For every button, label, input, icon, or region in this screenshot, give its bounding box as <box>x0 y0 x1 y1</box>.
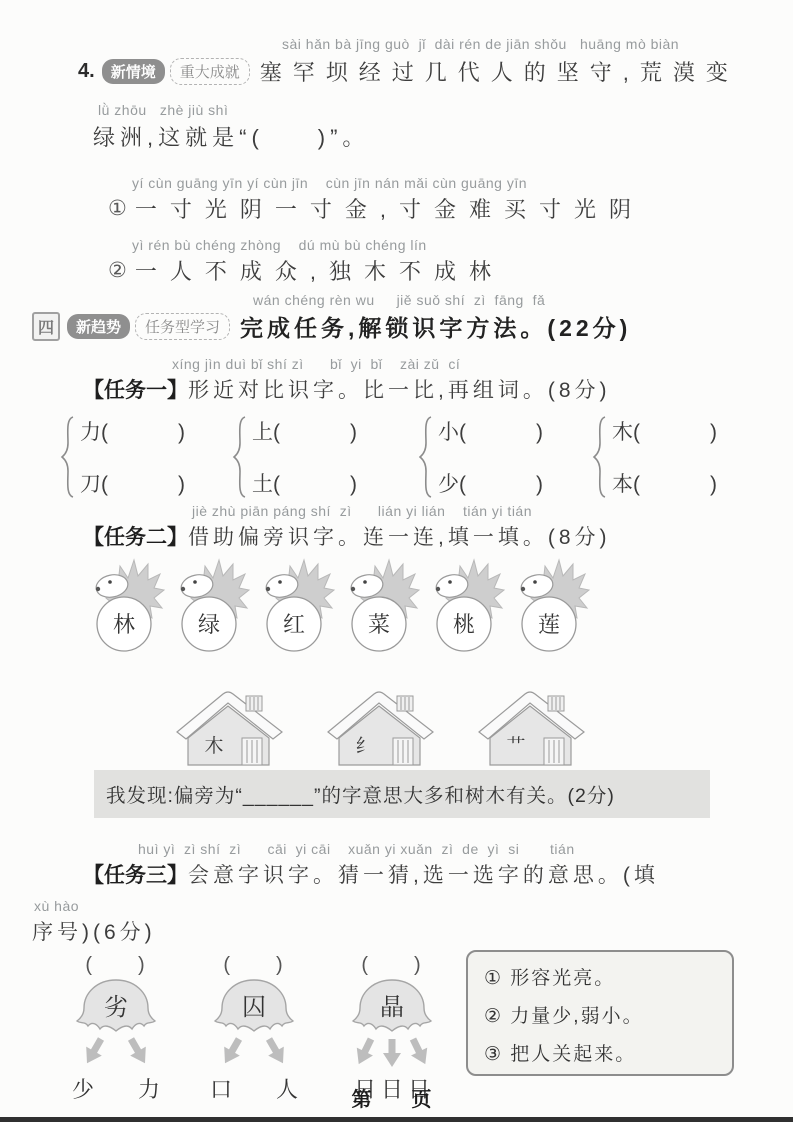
character-breakdown-group: ( ) 劣 少力 <box>60 948 172 1104</box>
choice-item: ① 形容光亮。 <box>484 960 732 998</box>
house-radical: 木 <box>204 735 223 757</box>
task-3-text-cont: 序号)(6分) <box>32 916 156 946</box>
hedgehog-icon[interactable]: 菜 <box>341 556 421 656</box>
answer-blank: ( ) <box>273 473 357 496</box>
task-1-label: 【任务一】 <box>83 374 188 404</box>
compound-char: 晶 <box>380 994 404 1021</box>
house-icon[interactable]: 纟 <box>323 686 438 768</box>
pinyin-line: xù hào <box>34 898 79 914</box>
answer-paren[interactable]: ( ) <box>223 948 284 977</box>
task-1-text: 形近对比识字。比一比,再组词。(8分) <box>188 374 611 404</box>
pinyin-line: lǜ zhōu zhè jiù shì <box>98 102 228 118</box>
hedgehog-char: 林 <box>113 612 135 637</box>
brace-icon <box>418 414 434 500</box>
page-footer: 第 页 <box>0 1083 793 1112</box>
brace-icon <box>592 414 608 500</box>
pair-group: 上( ) 土( ) <box>232 414 357 500</box>
pair-group: 木( ) 本( ) <box>592 414 717 500</box>
choices-box: ① 形容光亮。 ② 力量少,弱小。 ③ 把人关起来。 <box>466 950 734 1076</box>
hedgehog-char: 莲 <box>538 612 560 637</box>
answer-paren[interactable]: ( ) <box>85 948 146 977</box>
section-4-header: 四 新趋势 任务型学习 完成任务,解锁识字方法。(22分) <box>32 310 631 343</box>
task-2-header: 【任务二】 借助偏旁识字。连一连,填一填。(8分) <box>83 521 611 551</box>
pair-cell[interactable]: 上( ) <box>252 416 357 446</box>
answer-blank: ( ) <box>101 473 185 496</box>
house-radical: 纟 <box>355 735 374 757</box>
house-radical: 艹 <box>506 735 525 757</box>
hedgehog-icon[interactable]: 绿 <box>171 556 251 656</box>
badge-new-situation: 新情境 <box>102 59 165 84</box>
pinyin-line: sài hǎn bà jīng guò jǐ dài rén de jiān s… <box>282 36 679 52</box>
pair-cell[interactable]: 力( ) <box>80 416 185 446</box>
house-icon[interactable]: 艹 <box>474 686 589 768</box>
arrows-icon <box>68 1037 164 1071</box>
section-number-box: 四 <box>32 312 60 341</box>
pinyin-line: yí cùn guāng yīn yí cùn jīn cùn jīn nán … <box>132 175 527 191</box>
hedgehog-icon[interactable]: 莲 <box>511 556 591 656</box>
task-1-pairs-area: 力( ) 刀( ) 上( ) 土( ) 小( ) 少( ) <box>0 414 793 504</box>
option-1: ① 一寸光阴一寸金,寸金难买寸光阴 <box>108 193 644 224</box>
question-text-line1: 塞罕坝经过几代人的坚守,荒漠变 <box>260 56 739 87</box>
option-1-number: ① <box>108 196 127 221</box>
hedgehog-icon[interactable]: 林 <box>86 556 166 656</box>
pinyin-line: xíng jìn duì bǐ shí zì bǐ yi bǐ zài zǔ c… <box>172 356 460 372</box>
octopus-icon: 劣 <box>68 977 164 1037</box>
hedgehog-char: 绿 <box>198 612 220 637</box>
brace-icon <box>60 414 76 500</box>
worksheet-page: sài hǎn bà jīng guò jǐ dài rén de jiān s… <box>0 0 793 1122</box>
pinyin-line: huì yì zì shí zì cāi yi cāi xuǎn yi xuǎn… <box>138 841 575 857</box>
hedgehog-icon[interactable]: 红 <box>256 556 336 656</box>
answer-blank: ( ) <box>633 473 717 496</box>
pair-cell[interactable]: 本( ) <box>612 468 717 498</box>
task-3-header: 【任务三】 会意字识字。猜一猜,选一选字的意思。(填 <box>83 859 659 889</box>
hedgehog-char: 菜 <box>368 612 390 637</box>
answer-blank: ( ) <box>633 421 717 444</box>
octopus-icon: 晶 <box>344 977 440 1037</box>
task-1-header: 【任务一】 形近对比识字。比一比,再组词。(8分) <box>83 374 611 404</box>
pair-cell[interactable]: 小( ) <box>438 416 543 446</box>
task-2-label: 【任务二】 <box>83 521 188 551</box>
answer-blank: ( ) <box>459 421 543 444</box>
option-1-text: 一寸光阴一寸金,寸金难买寸光阴 <box>135 193 644 224</box>
pair-cell[interactable]: 少( ) <box>438 468 543 498</box>
compound-char: 劣 <box>104 994 128 1021</box>
section-4-title: 完成任务,解锁识字方法。(22分) <box>240 310 631 343</box>
arrows-icon <box>206 1037 302 1071</box>
option-2-number: ② <box>108 258 127 283</box>
badge-new-trend: 新趋势 <box>67 314 130 339</box>
character-breakdown-group: ( ) 晶 日日日 <box>336 948 448 1104</box>
badge-major-achievement: 重大成就 <box>170 58 250 85</box>
pinyin-line: jiè zhù piān páng shí zì lián yi lián ti… <box>192 503 532 519</box>
hedgehog-nose <box>96 587 100 591</box>
house-row: 木 纟 艹 <box>172 686 589 768</box>
answer-paren[interactable]: ( ) <box>361 948 422 977</box>
answer-blank: ( ) <box>459 473 543 496</box>
pair-cell[interactable]: 木( ) <box>612 416 717 446</box>
pair-group: 力( ) 刀( ) <box>60 414 185 500</box>
hedgehog-char: 桃 <box>453 612 475 637</box>
hedgehog-eye <box>108 580 112 584</box>
task-3-label: 【任务三】 <box>83 859 188 889</box>
choice-item: ③ 把人关起来。 <box>484 1036 732 1074</box>
pinyin-line: yì rén bù chéng zhòng dú mù bù chéng lín <box>132 237 427 253</box>
task-3-text: 会意字识字。猜一猜,选一选字的意思。(填 <box>188 859 659 889</box>
page-bottom-edge <box>0 1117 793 1122</box>
hedgehog-char: 红 <box>283 612 305 637</box>
brace-icon <box>232 414 248 500</box>
answer-blank: ( ) <box>273 421 357 444</box>
pair-cell[interactable]: 刀( ) <box>80 468 185 498</box>
octopus-icon: 囚 <box>206 977 302 1037</box>
arrows-icon <box>344 1037 440 1071</box>
task-2-text: 借助偏旁识字。连一连,填一填。(8分) <box>188 521 611 551</box>
compound-char: 囚 <box>242 994 266 1021</box>
discovery-note: 我发现:偏旁为“______”的字意思大多和树木有关。(2分) <box>94 770 710 818</box>
pair-cell[interactable]: 土( ) <box>252 468 357 498</box>
badge-task-based-learning: 任务型学习 <box>135 313 230 340</box>
answer-blank: ( ) <box>101 421 185 444</box>
question-text-line2: 绿洲,这就是“( )”。 <box>93 121 369 152</box>
pair-group: 小( ) 少( ) <box>418 414 543 500</box>
character-breakdown-group: ( ) 囚 口人 <box>198 948 310 1104</box>
option-2-text: 一人不成众,独木不成林 <box>135 255 504 286</box>
question-4-header: 4. 新情境 重大成就 塞罕坝经过几代人的坚守,荒漠变 <box>78 56 739 87</box>
option-2: ② 一人不成众,独木不成林 <box>108 255 504 286</box>
hedgehog-row: 林 绿 红 菜 桃 <box>86 556 591 656</box>
hedgehog-icon[interactable]: 桃 <box>426 556 506 656</box>
task-3-diagram-area: ( ) 劣 少力 ( ) 囚 <box>0 948 460 1088</box>
question-number: 4. <box>78 60 95 83</box>
pinyin-line: wán chéng rèn wu jiě suǒ shí zì fāng fǎ <box>253 292 545 308</box>
house-icon[interactable]: 木 <box>172 686 287 768</box>
choice-item: ② 力量少,弱小。 <box>484 998 732 1036</box>
